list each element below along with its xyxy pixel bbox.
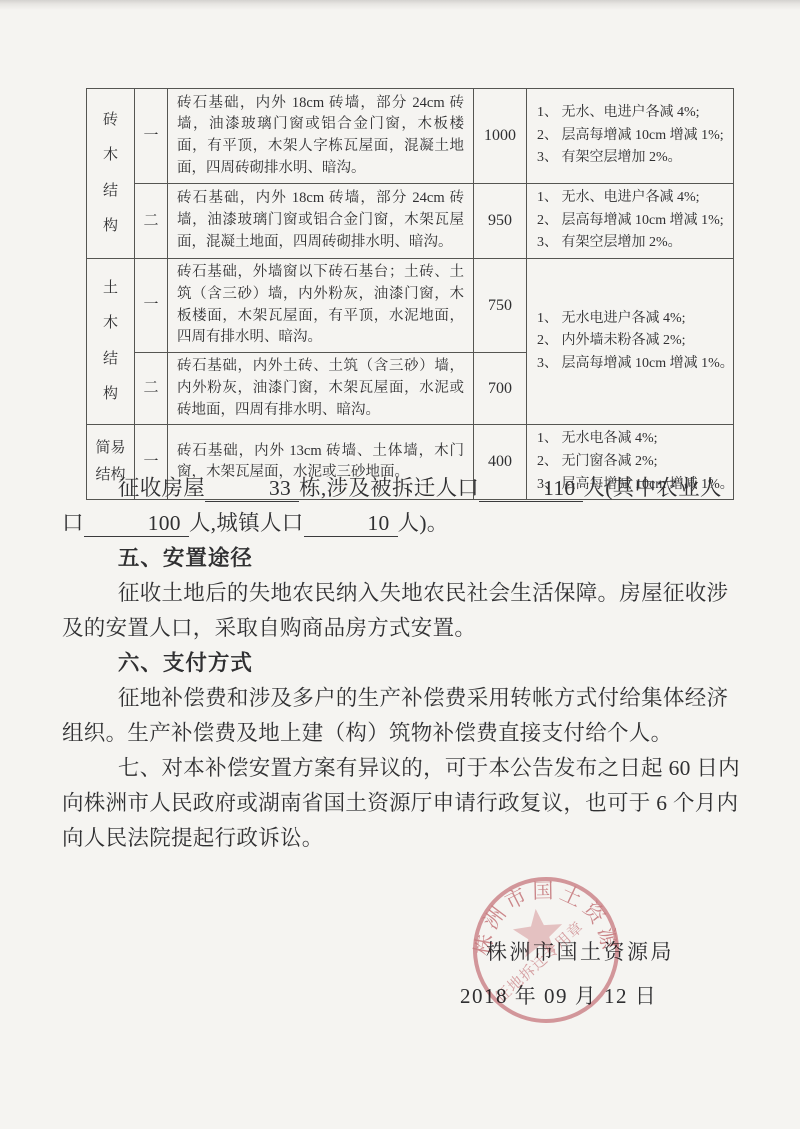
section-5-paragraph: 征收土地后的失地农民纳入失地农民社会生活保障。房屋征收涉及的安置人口，采取自购商… [62, 576, 740, 646]
price-cell: 750 [474, 259, 527, 353]
grade-cell: 一 [135, 259, 168, 353]
issue-date: 2018 年 09 月 12 日 [460, 980, 657, 1010]
description-cell: 砖石基础，内外土砖、土筑（含三砂）墙，内外粉灰，油漆门窗，木架瓦屋面，水泥或砖地… [168, 353, 474, 425]
grade-cell: 一 [135, 89, 168, 184]
compensation-table: 砖木结构 一 砖石基础，内外 18cm 砖墙，部分 24cm 砖墙，油漆玻璃门窗… [86, 88, 734, 500]
housing-text: 人)。 [398, 511, 449, 535]
housing-text: 人,城镇人口 [189, 511, 304, 535]
description-cell: 砖石基础，内外 18cm 砖墙，部分 24cm 砖墙，油漆玻璃门窗或铝合金门窗，… [168, 89, 474, 184]
agricultural-population-value: 100 [84, 512, 189, 537]
grade-cell: 二 [135, 184, 168, 259]
note-line: 3、 层高每增减 10cm 增减 1%。 [537, 353, 729, 376]
document-body: 征收房屋33栋,涉及被拆迁人口110人(其中农业人口100人,城镇人口10人)。… [62, 471, 740, 856]
price-cell: 1000 [474, 89, 527, 184]
housing-count-value: 33 [205, 477, 299, 502]
seal-ring [468, 872, 624, 1028]
description-cell: 砖石基础，内外 18cm 砖墙，部分 24cm 砖墙，油漆玻璃门窗或铝合金门窗，… [168, 184, 474, 259]
structure-type-label: 土木结构 [102, 271, 119, 412]
section-5-heading: 五、安置途径 [62, 541, 740, 576]
housing-text: 征收房屋 [118, 476, 205, 500]
issuing-authority: 株洲市国土资源局 [486, 936, 674, 966]
note-line: 2、 内外墙未粉各减 2%; [537, 330, 729, 353]
scanned-document-page: 砖木结构 一 砖石基础，内外 18cm 砖墙，部分 24cm 砖墙，油漆玻璃门窗… [0, 0, 800, 1129]
note-line: 1、 无水、电进户各减 4%; [537, 102, 729, 125]
urban-population-value: 10 [304, 512, 398, 537]
seal-inner-text: 征地拆迁专用章 [492, 918, 587, 1006]
note-line: 2、 层高每增减 10cm 增减 1%; [537, 125, 729, 148]
section-7-paragraph: 七、对本补偿安置方案有异议的，可于本公告发布之日起 60 日内向株洲市人民政府或… [62, 751, 740, 856]
housing-text: 栋,涉及被拆迁人口 [299, 476, 479, 500]
table-row: 二 砖石基础，内外 18cm 砖墙，部分 24cm 砖墙，油漆玻璃门窗或铝合金门… [87, 184, 734, 259]
note-line: 3、 有架空层增加 2%。 [537, 232, 729, 255]
relocated-population-value: 110 [479, 477, 583, 502]
seal-ring-text: 株洲市国土资源局 [463, 871, 622, 969]
grade-cell: 二 [135, 353, 168, 425]
structure-type-cell: 砖木结构 [87, 89, 135, 259]
notes-cell: 1、 无水、电进户各减 4%; 2、 层高每增减 10cm 增减 1%; 3、 … [527, 89, 734, 184]
table-row: 土木结构 一 砖石基础，外墙窗以下砖石基台；土砖、土筑（含三砂）墙，内外粉灰，油… [87, 259, 734, 353]
seal-star-icon [511, 906, 565, 958]
description-cell: 砖石基础，外墙窗以下砖石基台；土砖、土筑（含三砂）墙，内外粉灰，油漆门窗，木板楼… [168, 259, 474, 353]
structure-type-label: 砖木结构 [102, 103, 119, 244]
notes-cell: 1、 无水、电进户各减 4%; 2、 层高每增减 10cm 增减 1%; 3、 … [527, 184, 734, 259]
note-line: 1、 无水、电进户各减 4%; [537, 187, 729, 210]
note-line: 1、 无水电进户各减 4%; [537, 308, 729, 331]
section-6-heading: 六、支付方式 [62, 646, 740, 681]
price-cell: 950 [474, 184, 527, 259]
price-cell: 700 [474, 353, 527, 425]
section-6-paragraph: 征地补偿费和涉及多户的生产补偿费采用转帐方式付给集体经济组织。生产补偿费及地上建… [62, 681, 740, 751]
structure-type-cell: 土木结构 [87, 259, 135, 425]
housing-statistics-line: 征收房屋33栋,涉及被拆迁人口110人(其中农业人口100人,城镇人口10人)。 [62, 471, 740, 541]
official-seal: 株洲市国土资源局 征地拆迁专用章 [459, 863, 633, 1037]
note-line: 2、 层高每增减 10cm 增减 1%; [537, 210, 729, 233]
note-line: 1、 无水电各减 4%; [537, 428, 729, 451]
note-line: 3、 有架空层增加 2%。 [537, 147, 729, 170]
notes-cell: 1、 无水电进户各减 4%; 2、 内外墙未粉各减 2%; 3、 层高每增减 1… [527, 259, 734, 425]
table-row: 砖木结构 一 砖石基础，内外 18cm 砖墙，部分 24cm 砖墙，油漆玻璃门窗… [87, 89, 734, 184]
